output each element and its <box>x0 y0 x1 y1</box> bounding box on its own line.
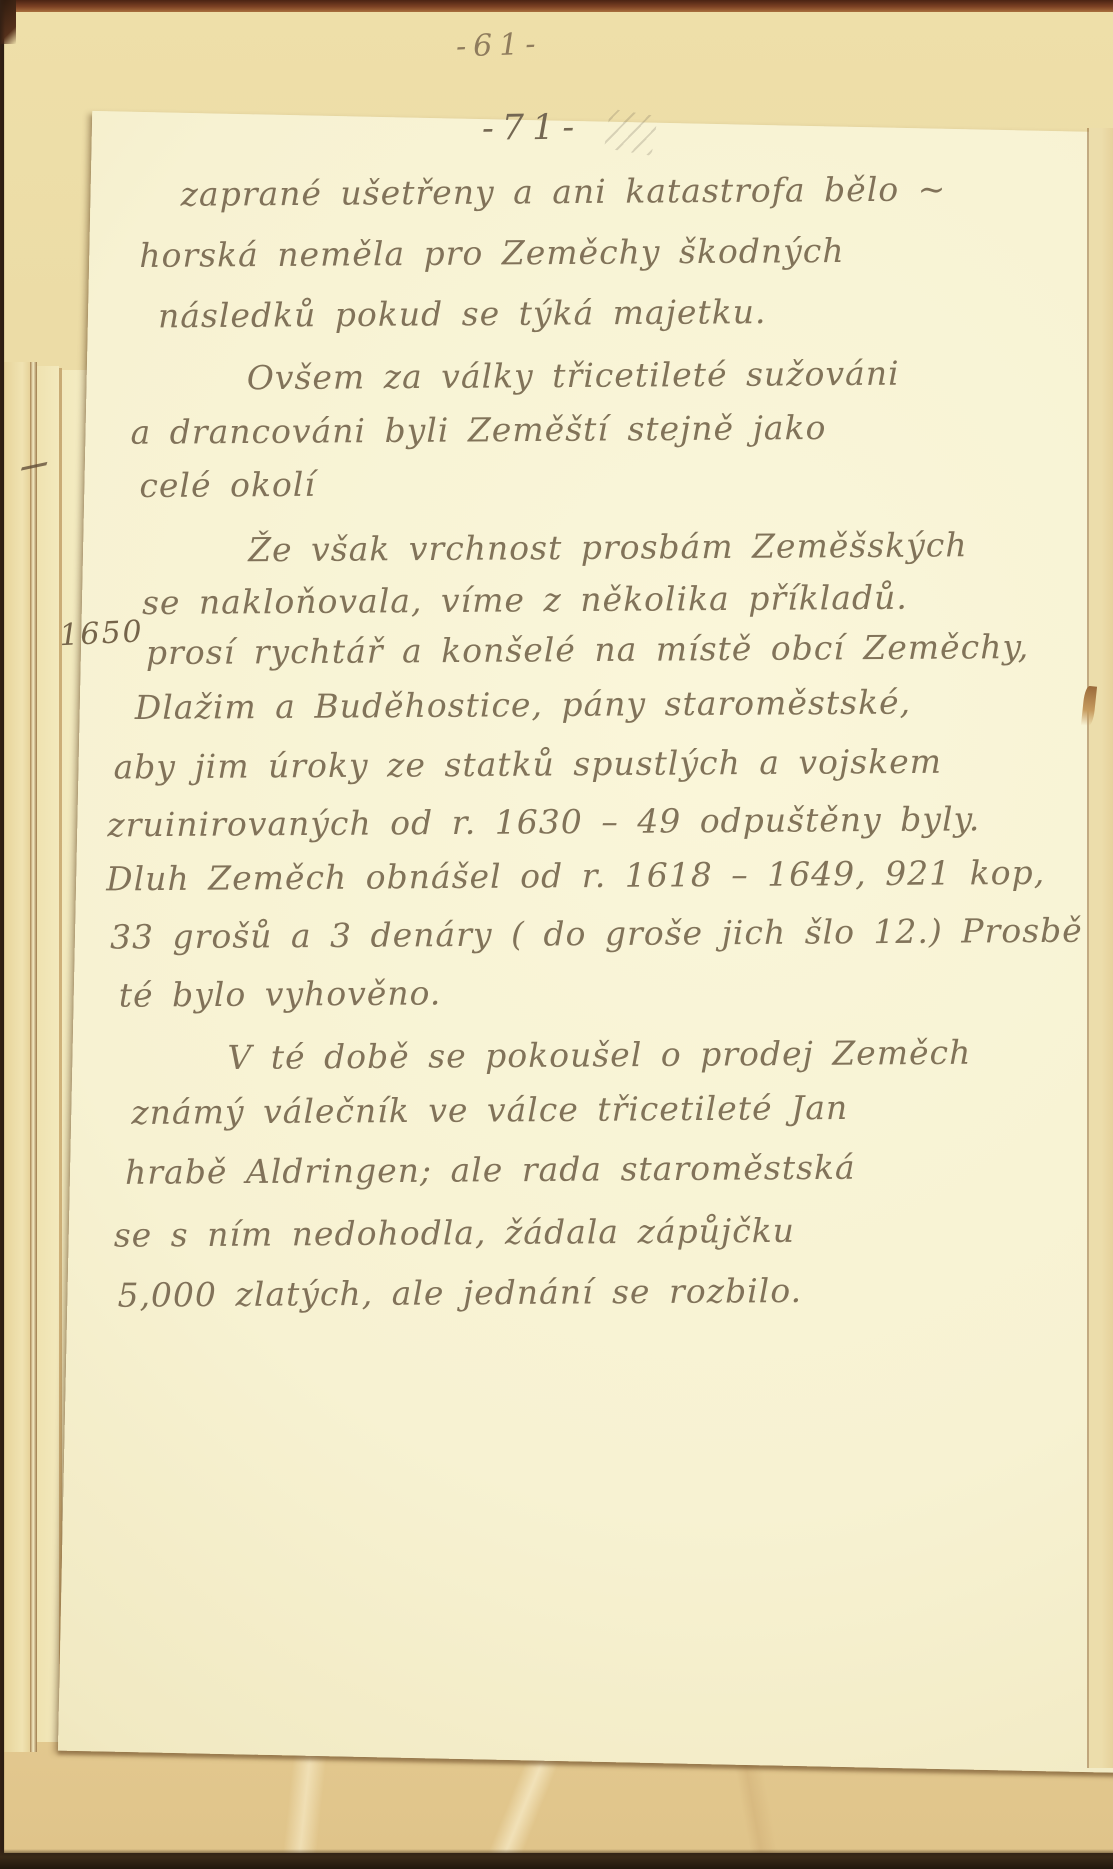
handwriting-line: Dlažim a Buděhostice, pány staroměstské, <box>135 683 912 727</box>
handwriting-text: známý válečník ve válce třicetileté Jan <box>131 1088 848 1132</box>
page-right-edge <box>1087 128 1113 1768</box>
handwriting-line: aby jim úroky ze statků spustlých a vojs… <box>113 742 942 787</box>
handwriting-line: zruinirovaných od r. 1630 – 49 odpuštěny… <box>107 799 980 844</box>
handwriting-line: známý válečník ve válce třicetileté Jan <box>131 1088 848 1132</box>
page-71: -71- 1650 zaprané ušetřeny a ani katastr… <box>58 111 1113 1773</box>
handwriting-line: hrabě Aldringen; ale rada staroměstská <box>125 1148 856 1192</box>
handwriting-text: Dluh Zeměch obnášel od r. 1618 – 1649, 9… <box>106 853 1045 899</box>
handwriting-text: V té době se pokoušel o prodej Zeměch <box>227 1033 971 1077</box>
handwriting-line: té bylo vyhověno. <box>119 973 442 1014</box>
handwriting-text: té bylo vyhověno. <box>119 973 442 1014</box>
leaf-edge <box>4 362 30 1752</box>
handwriting-text: Ovšem za války třicetileté sužováni <box>247 354 900 398</box>
handwriting-line: Ovšem za války třicetileté sužováni <box>247 354 900 398</box>
handwriting-text: Dlažim a Buděhostice, pány staroměstské, <box>135 683 912 727</box>
handwriting-text: horská neměla pro Zeměchy škodných <box>139 231 845 275</box>
handwriting-text: a drancováni byli Zeměští stejně jako <box>130 408 826 452</box>
handwriting-text: Že však vrchnost prosbám Zeměšských <box>248 525 968 569</box>
margin-year-note: 1650 <box>59 614 145 653</box>
handwriting-line: zaprané ušetřeny a ani katastrofa bělo ~ <box>180 169 946 213</box>
handwriting-line: Že však vrchnost prosbám Zeměšských <box>248 525 968 569</box>
handwriting-line: prosí rychtář a konšelé na místě obcí Ze… <box>146 627 1029 672</box>
photo-bottom-shadow <box>0 1849 1113 1869</box>
handwriting-text: 33 grošů a 3 denáry ( do groše jich šlo … <box>110 911 1083 957</box>
page-number-61: -61- <box>455 27 543 65</box>
handwriting-line: celé okolí <box>139 465 316 505</box>
handwriting-text: se nakloňovala, víme z několika příkladů… <box>142 578 908 622</box>
handwriting-text: 5,000 zlatých, ale jednání se rozbilo. <box>117 1271 802 1315</box>
page-number-71: -71- <box>482 107 583 148</box>
handwriting-line: Dluh Zeměch obnášel od r. 1618 – 1649, 9… <box>106 853 1045 899</box>
handwriting-text: se s ním nedohodla, žádala zápůjčku <box>114 1211 795 1255</box>
manuscript-photo: -61- -71- 1650 zaprané ušetřeny a ani ka… <box>0 0 1113 1869</box>
leaf-edge-line <box>30 362 37 1752</box>
handwriting-text: prosí rychtář a konšelé na místě obcí Ze… <box>146 627 1029 672</box>
handwriting-line: následků pokud se týká majetku. <box>158 292 767 335</box>
handwriting-line: a drancováni byli Zeměští stejně jako <box>130 408 826 452</box>
handwriting-text: následků pokud se týká majetku. <box>158 292 767 335</box>
handwriting-line: 5,000 zlatých, ale jednání se rozbilo. <box>117 1271 802 1315</box>
handwriting-text: aby jim úroky ze statků spustlých a vojs… <box>113 742 942 787</box>
handwriting-text: hrabě Aldringen; ale rada staroměstská <box>125 1148 856 1192</box>
book-cover-edge-top <box>0 0 1113 12</box>
leaf-edge <box>37 366 59 1742</box>
handwriting-text: zruinirovaných od r. 1630 – 49 odpuštěny… <box>107 799 980 844</box>
handwriting-text: celé okolí <box>139 465 316 505</box>
ink-smudge <box>604 109 658 156</box>
handwriting-line: se nakloňovala, víme z několika příkladů… <box>142 578 908 622</box>
photo-left-edge <box>0 0 5 1869</box>
handwriting-line: horská neměla pro Zeměchy škodných <box>139 231 845 275</box>
handwriting-text: zaprané ušetřeny a ani katastrofa bělo ~ <box>180 169 946 213</box>
handwriting-line: se s ním nedohodla, žádala zápůjčku <box>114 1211 795 1255</box>
handwriting-line: 33 grošů a 3 denáry ( do groše jich šlo … <box>110 911 1083 957</box>
handwriting-line: V té době se pokoušel o prodej Zeměch <box>227 1033 971 1077</box>
